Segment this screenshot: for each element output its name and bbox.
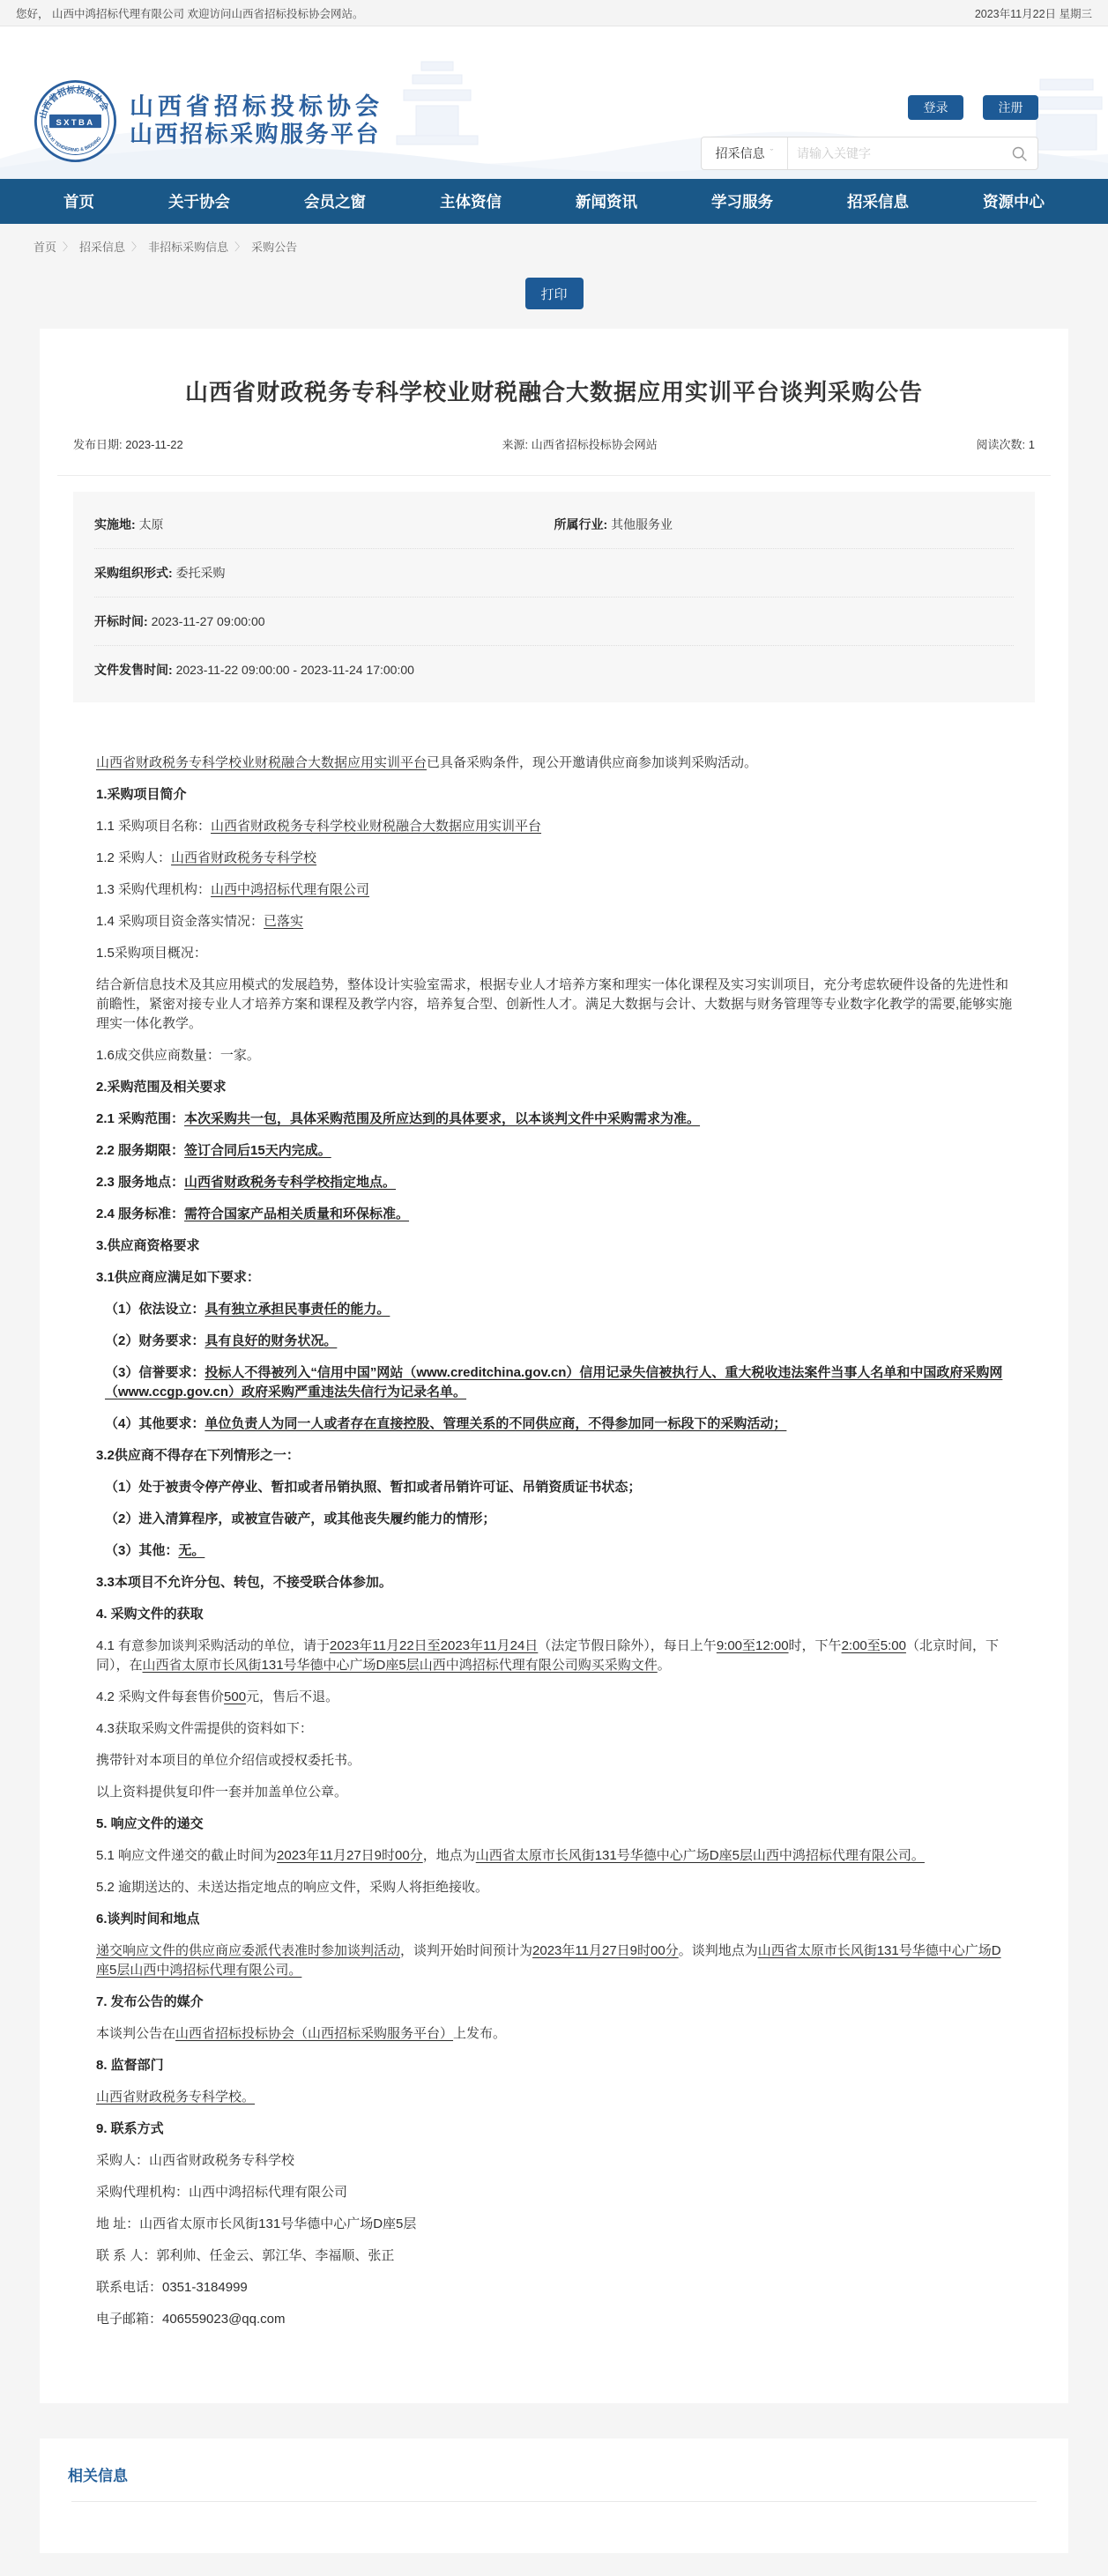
article-paragraph: 1.6成交供应商数量：一家。 <box>96 1046 1014 1065</box>
nav-items-container: 首页关于协会会员之窗主体资信新闻资讯学习服务招采信息资源中心 <box>0 179 1108 224</box>
announcement-card: 山西省财政税务专科学校业财税融合大数据应用实训平台谈判采购公告 发布日期: 20… <box>40 329 1068 2403</box>
info-value: 其他服务业 <box>611 517 673 531</box>
article-paragraph: 5.1 响应文件递交的截止时间为2023年11月27日9时00分，地点为山西省太… <box>96 1846 1014 1866</box>
info-cell: 采购组织形式: 委托采购 <box>94 564 1014 582</box>
article-paragraph: 1.2 采购人：山西省财政税务专科学校 <box>96 849 1014 868</box>
nav-item-4[interactable]: 主体资信 <box>431 187 510 216</box>
info-value: 2023-11-22 09:00:00 - 2023-11-24 17:00:0… <box>176 663 414 677</box>
nav-item-7[interactable]: 招采信息 <box>838 187 918 216</box>
info-label: 采购组织形式: <box>94 566 176 580</box>
info-cell: 文件发售时间: 2023-11-22 09:00:00 - 2023-11-24… <box>94 661 1014 679</box>
meta-views: 阅读次数: 1 <box>977 435 1035 452</box>
topbar-greeting: 您好， 山西中鸿招标代理有限公司 欢迎访问山西省招标投标协会网站。 <box>16 5 363 21</box>
logo-abbr-text: SXTBA <box>56 118 94 128</box>
article-paragraph: 联系电话：0351-3184999 <box>96 2278 1014 2298</box>
meta-publish-date: 2023-11-22 <box>125 438 183 451</box>
article-heading: 2.1 采购范围：本次采购共一包，具体采购范围及所应达到的具体要求，以本谈判文件… <box>96 1110 1014 1129</box>
breadcrumb-item-2[interactable]: 招采信息 <box>79 238 125 255</box>
breadcrumb-separator: 〉 <box>234 239 245 254</box>
search-submit[interactable] <box>1000 137 1037 169</box>
breadcrumb: 首页〉招采信息〉非招标采购信息〉采购公告 <box>0 224 1108 264</box>
main-nav: 首页关于协会会员之窗主体资信新闻资讯学习服务招采信息资源中心 <box>0 179 1108 224</box>
nav-item-8[interactable]: 资源中心 <box>974 187 1053 216</box>
article-paragraph: 以上资料提供复印件一套并加盖单位公章。 <box>96 1783 1014 1802</box>
project-info-box: 实施地: 太原所属行业: 其他服务业采购组织形式: 委托采购开标时间: 2023… <box>73 492 1035 702</box>
article-heading: 1.采购项目简介 <box>96 785 1014 805</box>
info-value: 2023-11-27 09:00:00 <box>152 614 265 628</box>
info-cell: 所属行业: 其他服务业 <box>554 516 1015 533</box>
article-heading: （1）依法设立：具有独立承担民事责任的能力。 <box>96 1300 1014 1319</box>
info-cell: 开标时间: 2023-11-27 09:00:00 <box>94 612 1014 630</box>
article-heading: 4. 采购文件的获取 <box>96 1605 1014 1624</box>
article-paragraph: 递交响应文件的供应商应委派代表准时参加谈判活动，谈判开始时间预计为2023年11… <box>96 1941 1014 1980</box>
info-value: 太原 <box>139 517 164 531</box>
article-heading: 3.3本项目不允许分包、转包，不接受联合体参加。 <box>96 1573 1014 1592</box>
breadcrumb-separator: 〉 <box>131 239 142 254</box>
breadcrumb-item-3[interactable]: 非招标采购信息 <box>148 238 228 255</box>
topbar-date: 2023年11月22日 星期三 <box>975 5 1092 21</box>
article-heading: 3.供应商资格要求 <box>96 1236 1014 1256</box>
article-heading: （2）进入清算程序，或被宣告破产，或其他丧失履约能力的情形； <box>96 1510 1014 1529</box>
article-heading: 6.谈判时间和地点 <box>96 1910 1014 1929</box>
article-paragraph: 5.2 逾期送达的、未送达指定地点的响应文件，采购人将拒绝接收。 <box>96 1878 1014 1897</box>
info-row-3: 开标时间: 2023-11-27 09:00:00 <box>94 598 1014 646</box>
page-title: 山西省财政税务专科学校业财税融合大数据应用实训平台谈判采购公告 <box>57 375 1051 407</box>
article-paragraph: 地 址：山西省太原市长风街131号华德中心广场D座5层 <box>96 2215 1014 2234</box>
related-info-title: 相关信息 <box>68 2463 1040 2485</box>
article-heading: （3）其他：无。 <box>96 1541 1014 1561</box>
info-label: 实施地: <box>94 517 139 531</box>
meta-source-value: 山西省招标投标协会网站 <box>532 438 658 451</box>
page-bottom-spacer <box>0 2553 1108 2576</box>
info-row-2: 采购组织形式: 委托采购 <box>94 549 1014 598</box>
info-label: 文件发售时间: <box>94 663 176 677</box>
article-heading: （4）其他要求：单位负责人为同一人或者存在直接控股、管理关系的不同供应商，不得参… <box>96 1414 1014 1434</box>
breadcrumb-item-1[interactable]: 首页 <box>33 238 56 255</box>
site-header: 山西省招标投标协会 SXTBA SHAN XI TENDERING & BIDD… <box>0 26 1108 179</box>
info-row-1: 实施地: 太原所属行业: 其他服务业 <box>94 501 1014 549</box>
article-paragraph: 山西省财政税务专科学校。 <box>96 2088 1014 2107</box>
article-heading: 2.采购范围及相关要求 <box>96 1078 1014 1097</box>
info-row-4: 文件发售时间: 2023-11-22 09:00:00 - 2023-11-24… <box>94 646 1014 694</box>
article-meta: 发布日期: 2023-11-22 来源: 山西省招标投标协会网站 阅读次数: 1 <box>57 435 1051 476</box>
auth-buttons: 登录 注册 <box>908 95 1038 120</box>
article-heading: 2.4 服务标准：需符合国家产品相关质量和环保标准。 <box>96 1205 1014 1224</box>
article-paragraph: 本谈判公告在山西省招标投标协会（山西招标采购服务平台）上发布。 <box>96 2024 1014 2044</box>
meta-source: 来源: 山西省招标投标协会网站 <box>502 435 658 452</box>
article-heading: （3）信誉要求：投标人不得被列入“信用中国”网站（www.creditchina… <box>96 1363 1014 1402</box>
nav-item-5[interactable]: 新闻资讯 <box>567 187 646 216</box>
nav-item-3[interactable]: 会员之窗 <box>295 187 375 216</box>
article-heading: 9. 联系方式 <box>96 2119 1014 2139</box>
article-paragraph: 1.4 采购项目资金落实情况：已落实 <box>96 912 1014 932</box>
article-heading: 2.2 服务期限：签订合同后15天内完成。 <box>96 1141 1014 1161</box>
article-paragraph: 4.3获取采购文件需提供的资料如下： <box>96 1719 1014 1739</box>
nav-item-1[interactable]: 首页 <box>55 187 103 216</box>
search-icon <box>1010 145 1029 163</box>
article-paragraph: 采购人：山西省财政税务专科学校 <box>96 2151 1014 2171</box>
search-category-label: 招采信息 <box>716 145 765 162</box>
info-label: 所属行业: <box>554 517 612 531</box>
article-heading: 3.1供应商应满足如下要求： <box>96 1268 1014 1288</box>
article-paragraph: 1.3 采购代理机构：山西中鸿招标代理有限公司 <box>96 880 1014 900</box>
breadcrumb-separator: 〉 <box>63 239 73 254</box>
print-button[interactable]: 打印 <box>525 278 584 309</box>
article-paragraph: 4.2 采购文件每套售价500元，售后不退。 <box>96 1688 1014 1707</box>
article-heading: 3.2供应商不得存在下列情形之一： <box>96 1446 1014 1466</box>
article-paragraph: 山西省财政税务专科学校业财税融合大数据应用实训平台已具备采购条件，现公开邀请供应… <box>96 753 1014 773</box>
topbar: 您好， 山西中鸿招标代理有限公司 欢迎访问山西省招标投标协会网站。 2023年1… <box>0 0 1108 26</box>
brand-text: 山西省招标投标协会 山西招标采购服务平台 <box>130 93 383 148</box>
brand: 山西省招标投标协会 SXTBA SHAN XI TENDERING & BIDD… <box>33 79 383 163</box>
info-cell: 实施地: 太原 <box>94 516 554 533</box>
article-heading: 7. 发布公告的媒介 <box>96 1993 1014 2012</box>
article-paragraph: 采购代理机构：山西中鸿招标代理有限公司 <box>96 2183 1014 2202</box>
article-body: 山西省财政税务专科学校业财税融合大数据应用实训平台已具备采购条件，现公开邀请供应… <box>57 702 1051 2329</box>
meta-views-count: 1 <box>1029 438 1035 451</box>
article-heading: 5. 响应文件的递交 <box>96 1815 1014 1834</box>
article-paragraph: 结合新信息技术及其应用模式的发展趋势，整体设计实验室需求，根据专业人才培养方案和… <box>96 976 1014 1034</box>
info-label: 开标时间: <box>94 614 152 628</box>
association-logo: 山西省招标投标协会 SXTBA SHAN XI TENDERING & BIDD… <box>33 79 117 163</box>
nav-item-2[interactable]: 关于协会 <box>160 187 239 216</box>
chevron-down-icon: ˇ <box>770 148 774 159</box>
search-category-select[interactable]: 招采信息 ˇ <box>702 137 788 169</box>
site-subtitle: 山西招标采购服务平台 <box>130 121 383 148</box>
article-heading: （1）处于被责令停产停业、暂扣或者吊销执照、暂扣或者吊销许可证、吊销资质证书状态… <box>96 1478 1014 1497</box>
breadcrumb-item-4: 采购公告 <box>251 238 297 255</box>
register-button[interactable]: 注册 <box>983 95 1038 120</box>
related-divider <box>71 2501 1037 2502</box>
article-paragraph: 1.5采购项目概况： <box>96 944 1014 963</box>
login-button[interactable]: 登录 <box>908 95 963 120</box>
article-paragraph: 联 系 人：郭利帅、任金云、郭江华、李福顺、张正 <box>96 2246 1014 2266</box>
print-row: 打印 <box>0 264 1108 329</box>
article-paragraph: 携带针对本项目的单位介绍信或授权委托书。 <box>96 1751 1014 1771</box>
info-value: 委托采购 <box>176 566 226 580</box>
article-heading: 2.3 服务地点：山西省财政税务专科学校指定地点。 <box>96 1173 1014 1192</box>
article-heading: （2）财务要求：具有良好的财务状况。 <box>96 1332 1014 1351</box>
article-paragraph: 1.1 采购项目名称：山西省财政税务专科学校业财税融合大数据应用实训平台 <box>96 817 1014 836</box>
nav-item-6[interactable]: 学习服务 <box>703 187 782 216</box>
article-heading: 8. 监督部门 <box>96 2056 1014 2075</box>
search-box: 招采信息 ˇ <box>701 137 1038 170</box>
search-input[interactable] <box>788 137 1000 169</box>
article-paragraph: 4.1 有意参加谈判采购活动的单位，请于2023年11月22日至2023年11月… <box>96 1637 1014 1675</box>
meta-publish: 发布日期: 2023-11-22 <box>73 435 183 452</box>
site-title: 山西省招标投标协会 <box>130 93 383 121</box>
article-paragraph: 电子邮箱：406559023@qq.com <box>96 2310 1014 2329</box>
related-info-card: 相关信息 <box>40 2439 1068 2553</box>
